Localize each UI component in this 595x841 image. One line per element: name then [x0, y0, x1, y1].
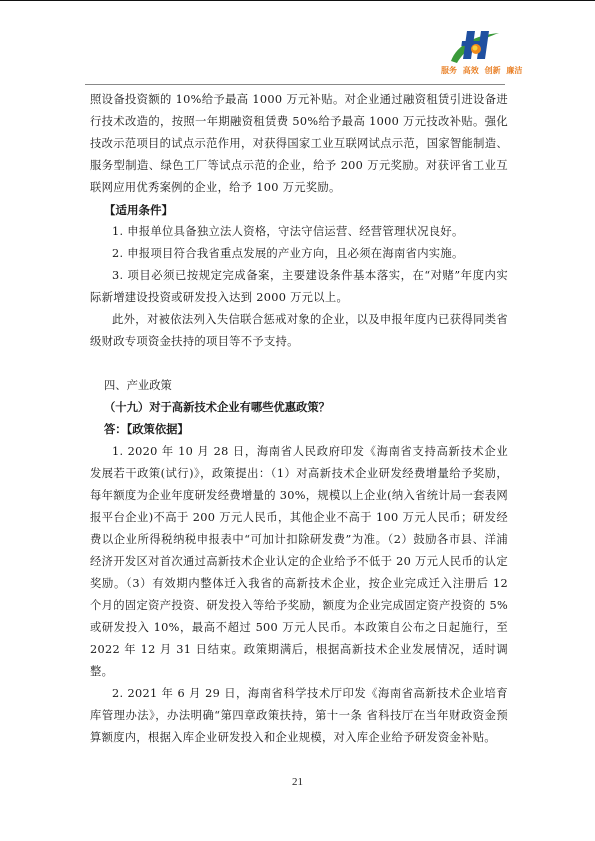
condition-item: 3. 项目必须已按规定完成备案，主要建设条件基本落实，在“对赌”年度内实际新增建… — [90, 265, 508, 309]
document-body: 照设备投资额的 10%给予最高 1000 万元补贴。对企业通过融资租赁引进设备进… — [90, 89, 508, 749]
slogan: 服务 高效 创新 廉洁 — [441, 65, 525, 76]
condition-item: 1. 申报单位具备独立法人资格，守法守信运营、经营管理状况良好。 — [90, 221, 508, 243]
page-number: 21 — [0, 776, 595, 788]
spacer — [90, 353, 508, 375]
answer-heading: 答：【政策依据】 — [90, 419, 508, 441]
condition-item: 2. 申报项目符合我省重点发展的产业方向，且必须在海南省内实施。 — [90, 243, 508, 265]
exclusion-paragraph: 此外，对被依法列入失信联合惩戒对象的企业，以及申报年度内已获得同类省级财政专项资… — [90, 309, 508, 353]
section-title: 四、产业政策 — [90, 375, 508, 397]
slogan-word: 高效 — [463, 66, 479, 75]
policy-paragraph: 1. 2020 年 10 月 28 日，海南省人民政府印发《海南省支持高新技术企… — [90, 441, 508, 683]
policy-paragraph: 2. 2021 年 6 月 29 日，海南省科学技术厅印发《海南省高新技术企业培… — [90, 683, 508, 749]
question-heading: （十九）对于高新技术企业有哪些优惠政策？ — [90, 397, 508, 419]
hainan-ht-logo-icon — [445, 27, 505, 65]
paragraph-continued: 照设备投资额的 10%给予最高 1000 万元补贴。对企业通过融资租赁引进设备进… — [90, 89, 508, 199]
slogan-word: 廉洁 — [506, 66, 522, 75]
header-divider — [85, 84, 505, 85]
conditions-heading: 【适用条件】 — [90, 199, 508, 221]
slogan-word: 服务 — [441, 66, 457, 75]
slogan-word: 创新 — [485, 66, 501, 75]
top-border-line — [0, 0, 595, 1]
